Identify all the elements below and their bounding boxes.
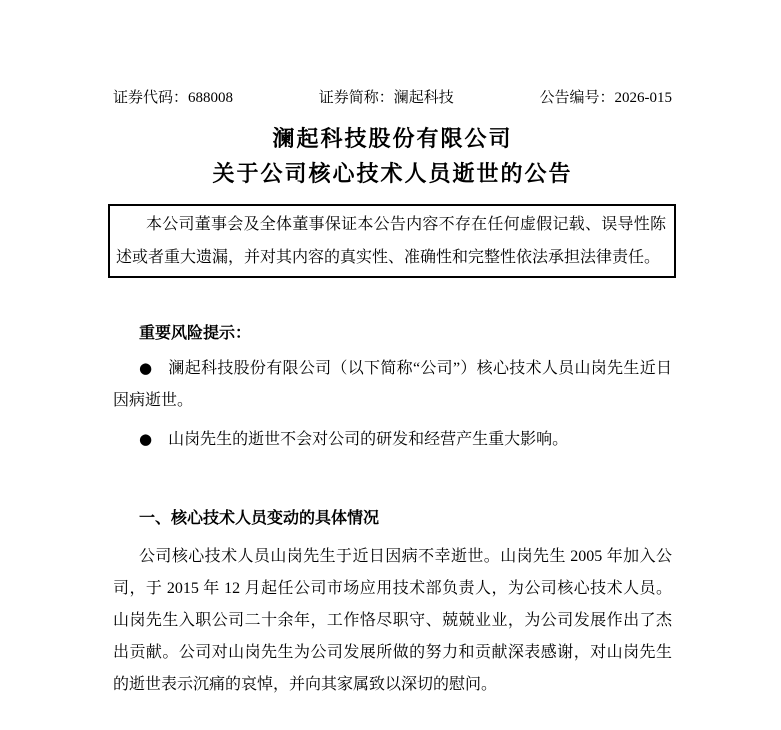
stock-short-name: 证券简称：澜起科技	[319, 88, 454, 108]
section-heading: 一、核心技术人员变动的具体情况	[113, 502, 672, 534]
announcement-number: 公告编号：2026-015	[540, 88, 673, 108]
risk-bullet-item: ●澜起科技股份有限公司（以下简称“公司”）核心技术人员山岗先生近日因病逝世。	[113, 352, 672, 417]
bullet-icon: ●	[139, 359, 152, 377]
announcement-title: 关于公司核心技术人员逝世的公告	[113, 157, 672, 192]
document-page: 证券代码：688008 证券简称：澜起科技 公告编号：2026-015 澜起科技…	[0, 0, 781, 730]
bullet-icon: ●	[139, 430, 152, 448]
risk-warning-heading: 重要风险提示：	[113, 317, 672, 349]
disclaimer-box: 本公司董事会及全体董事保证本公告内容不存在任何虚假记载、误导性陈述或者重大遗漏，…	[108, 204, 676, 278]
risk-bullet-item: ●山岗先生的逝世不会对公司的研发和经营产生重大影响。	[113, 423, 672, 456]
section-body-paragraph: 公司核心技术人员山岗先生于近日因病不幸逝世。山岗先生 2005 年加入公司，于 …	[113, 541, 672, 701]
stock-code: 证券代码：688008	[113, 88, 233, 108]
risk-bullet-text: 澜起科技股份有限公司（以下简称“公司”）核心技术人员山岗先生近日因病逝世。	[113, 360, 672, 409]
company-name-title: 澜起科技股份有限公司	[113, 122, 672, 157]
risk-bullet-text: 山岗先生的逝世不会对公司的研发和经营产生重大影响。	[168, 431, 568, 448]
disclaimer-text: 本公司董事会及全体董事保证本公告内容不存在任何虚假记载、误导性陈述或者重大遗漏，…	[116, 208, 666, 274]
document-header: 证券代码：688008 证券简称：澜起科技 公告编号：2026-015	[113, 88, 672, 108]
